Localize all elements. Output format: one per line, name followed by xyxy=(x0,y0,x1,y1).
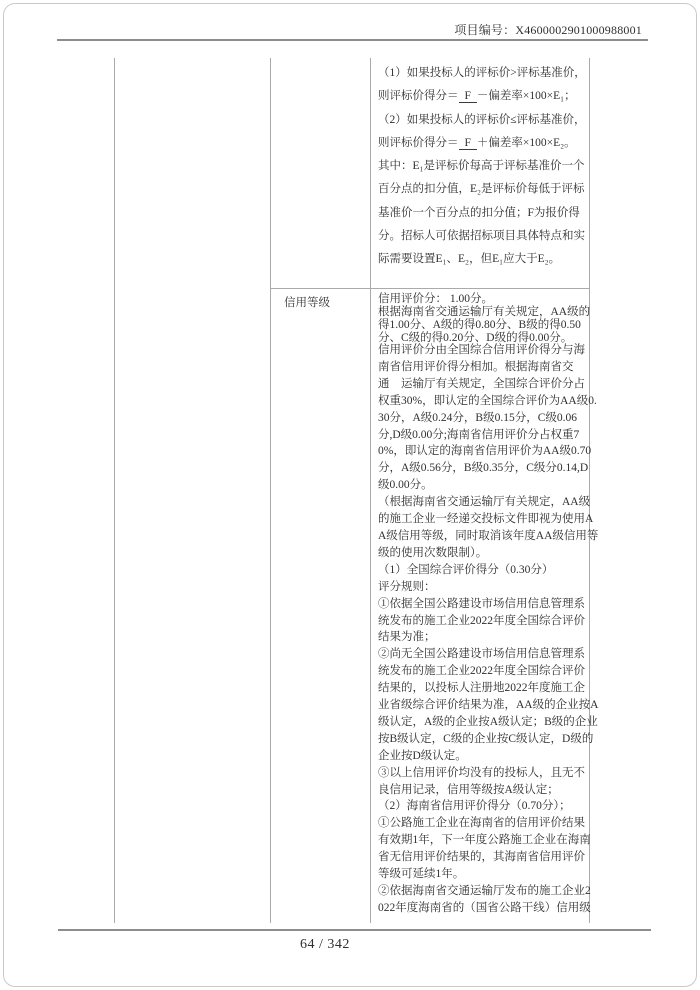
text-line: 信用评价分： 1.00分。 xyxy=(378,293,592,306)
text-line: （2）海南省信用评价得分（0.70分）； xyxy=(378,798,592,815)
text-line: 级0.00分。 xyxy=(378,477,592,494)
text-line: ①依据全国公路建设市场信用信息管理系 xyxy=(378,596,592,613)
text-line: 级认定，A级的企业按A级认定；B级的企业 xyxy=(378,714,592,731)
text-line: 按B级认定，C级的企业按C级认定，D级的 xyxy=(378,731,592,748)
table-row-separator xyxy=(270,288,590,289)
project-number-label: 项目编号： xyxy=(454,23,515,37)
table-column-divider-2 xyxy=(370,58,371,923)
page-number: 64 / 342 xyxy=(0,937,650,953)
text-line: ③以上信用评价均没有的投标人，且无不 xyxy=(378,765,592,782)
text-line: （1）全国综合评价得分（0.30分） xyxy=(378,562,592,579)
text-line: 分,D级0.00分;海南省信用评价分占权重7 xyxy=(378,427,592,444)
credit-score-intro-cell: 信用评价分： 1.00分。根据海南省交通运输厅有关规定，AA级的得1.00分、A… xyxy=(378,293,592,345)
text-line: 分，A级0.56分，B级0.35分，C级分0.14,D xyxy=(378,460,592,477)
table-column-divider-1 xyxy=(270,58,271,923)
credit-score-rules-cell: 信用评价分由全国综合信用评价得分与海南省信用评价得分相加。根据海南省交通 运输厅… xyxy=(378,342,592,917)
credit-rating-label-cell: 信用等级 xyxy=(284,296,364,310)
fill-in-blank-F: F xyxy=(459,137,477,150)
text-line: 级的使用次数限制）。 xyxy=(378,545,592,562)
document-page: 项目编号：X4600002901000988001 （1）如果投标人的评标价>评… xyxy=(0,0,700,990)
text-line: 分。招标人可依据招标项目具体特点和实 xyxy=(378,225,588,248)
text-line: 良信用记录，信用等级按A级认定； xyxy=(378,782,592,799)
text-line: 统发布的施工企业2022年度全国综合评价 xyxy=(378,663,592,680)
text-line: 业省级综合评价结果为准，AA级的企业按A xyxy=(378,697,592,714)
text-line: 省无信用评价结果的，其海南省信用评价 xyxy=(378,849,592,866)
text-line: （2）如果投标人的评标价≤评标基准价， xyxy=(378,109,588,132)
text-line: 结果的，以投标人注册地2022年度施工企 xyxy=(378,680,592,697)
text-line: 际需要设置E₁、E₂，但E₁应大于E₂。 xyxy=(378,248,588,271)
text-line: 则评标价得分＝F－偏差率×100×E₁； xyxy=(378,85,588,108)
text-line: ①公路施工企业在海南省的信用评价结果 xyxy=(378,815,592,832)
text-line: ②依据海南省交通运输厅发布的施工企业2 xyxy=(378,883,592,900)
header-rule xyxy=(57,39,648,41)
text-line: 统发布的施工企业2022年度全国综合评价 xyxy=(378,613,592,630)
text-line: 根据海南省交通运输厅有关规定，AA级的 xyxy=(378,306,592,319)
text-line: 百分点的扣分值，E₂是评标价每低于评标 xyxy=(378,178,588,201)
text-line: 南省信用评价得分相加。根据海南省交 xyxy=(378,359,592,376)
text-line: 评分规则： xyxy=(378,579,592,596)
text-line: 有效期1年，下一年度公路施工企业在海南 xyxy=(378,832,592,849)
text-line: （根据海南省交通运输厅有关规定，AA级 xyxy=(378,494,592,511)
text-line: 基准价一个百分点的扣分值；F为报价得 xyxy=(378,202,588,225)
text-line: 通 运输厅有关规定，全国综合评价分占 xyxy=(378,376,592,393)
page-header: 项目编号：X4600002901000988001 xyxy=(0,21,642,38)
project-number-value: X4600002901000988001 xyxy=(515,23,642,37)
text-line: 30分，A级0.24分，B级0.15分，C级0.06 xyxy=(378,410,592,427)
text-line: 0%，即认定的海南省信用评价为AA级0.70 xyxy=(378,443,592,460)
text-line: 结果为准； xyxy=(378,629,592,646)
text-line: 权重30%，即认定的全国综合评价为AA级0. xyxy=(378,393,592,410)
text-line: 的施工企业一经递交投标文件即视为使用A xyxy=(378,511,592,528)
footer-rule xyxy=(58,929,651,931)
text-line: 022年度海南省的（国省公路干线）信用级 xyxy=(378,900,592,917)
text-line: ②尚无全国公路建设市场信用信息管理系 xyxy=(378,646,592,663)
text-line: A级信用等级，同时取消该年度AA级信用等 xyxy=(378,528,592,545)
text-line: 其中：E₁是评标价每高于评标基准价一个 xyxy=(378,155,588,178)
text-line: （1）如果投标人的评标价>评标基准价， xyxy=(378,62,588,85)
text-line: 则评标价得分＝F＋偏差率×100×E₂。 xyxy=(378,132,588,155)
text-line: 信用评价分由全国综合信用评价得分与海 xyxy=(378,342,592,359)
text-line: 得1.00分、A级的得0.80分、B级的得0.50 xyxy=(378,319,592,332)
table-border-left xyxy=(114,58,115,923)
text-line: 等级可延续1年。 xyxy=(378,866,592,883)
page-border xyxy=(3,3,697,987)
fill-in-blank-F: F xyxy=(459,90,477,103)
text-line: 企业按D级认定。 xyxy=(378,748,592,765)
price-score-formula-cell: （1）如果投标人的评标价>评标基准价，则评标价得分＝F－偏差率×100×E₁；（… xyxy=(378,62,588,272)
